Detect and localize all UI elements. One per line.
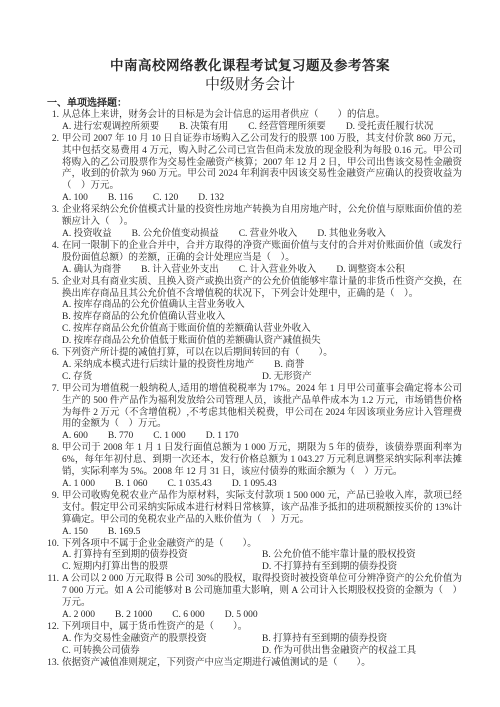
option: A. 150 <box>62 527 88 539</box>
question-body: 从总体上来讲，财务会计的目标是为会计信息的运用者供应（ ）的信息。A. 进行宏观… <box>62 110 462 134</box>
option: D. 5 000 <box>225 610 258 622</box>
option-row: A. 进行宏观调控所须要B. 决策有用C. 经营管理所须要D. 受托责任履行状况 <box>62 122 462 134</box>
question-item: 7.甲公司为增值税一般纳税人,适用的增值税税率为 17%。2024 年 1 月甲… <box>47 384 462 444</box>
option-row: C. 按库存商品公允价值高于账面价值的差额确认营业外收入 <box>62 324 462 336</box>
option: C. 存货 <box>62 372 242 384</box>
option: B. 按库存商品的公允价值确认营业收入 <box>62 312 225 324</box>
option-row: D. 按库存商品公允价值低于账面价值的差额确认资产减值损失 <box>62 336 462 348</box>
question-text: 企业对具有商业实质、且换入资产或换出资产的公允价值能够牢靠计量的非货币性资产交换… <box>62 277 462 301</box>
option: B. 商誉 <box>274 360 304 372</box>
question-item: 13.依据资产减值准则规定，下列资产中应当定期进行减值测试的是（ ）。 <box>47 658 462 670</box>
question-item: 10.下列各项中不属于企业金融资产的是（ ）。A. 打算持有至到期的债券投资B.… <box>47 539 462 575</box>
option: D. 受托责任履行状况 <box>346 122 434 134</box>
option: B. 2 1000 <box>115 610 152 622</box>
question-body: 甲公司收购免税农业产品作为原材料，实际支付款项 1 500 000 元，产品已验… <box>62 491 462 539</box>
option: D. 无形资产 <box>262 372 312 384</box>
option-row: A. 打算持有至到期的债券投资B. 公允价值不能牢靠计量的股权投资 <box>62 550 462 562</box>
question-item: 9.甲公司收购免税农业产品作为原材料，实际支付款项 1 500 000 元，产品… <box>47 491 462 539</box>
option: A. 2 000 <box>62 610 95 622</box>
option: A. 按库存商品的公允价值确认主营业务收入 <box>62 300 245 312</box>
question-text: 甲公司 2007 年 10 月 10 日自证券市场购入乙公司发行的股票 100 … <box>62 134 462 194</box>
option: B. 决策有用 <box>179 122 228 134</box>
option-row: A. 150B. 169.5 <box>62 527 462 539</box>
option: D. 作为可供出售金融资产的权益工具 <box>262 646 416 658</box>
question-text: A 公司以 2 000 万元取得 B 公司 30%的股权，取得投资时被投资单位可… <box>62 574 462 610</box>
option-row: A. 2 000B. 2 1000C. 6 000D. 5 000 <box>62 610 462 622</box>
option-row: B. 按库存商品的公允价值确认营业收入 <box>62 312 462 324</box>
option: A. 作为交易性金融资产的股票投资 <box>62 634 242 646</box>
option: A. 打算持有至到期的债券投资 <box>62 550 242 562</box>
question-number: 10. <box>47 539 62 575</box>
option: B. 116 <box>108 193 133 205</box>
question-item: 8.甲公司于 2008 年 1 月 1 日发行面值总额为 1 000 万元，期限… <box>47 443 462 491</box>
question-list: 1.从总体上来讲，财务会计的目标是为会计信息的运用者供应（ ）的信息。A. 进行… <box>47 110 462 670</box>
question-body: 企业将采纳公允价值模式计量的投资性房地产转换为自用房地产时，公允价值与原账面价值… <box>62 205 462 241</box>
question-text: 依据资产减值准则规定，下列资产中应当定期进行减值测试的是（ ）。 <box>62 658 462 670</box>
option: B. 计入营业外支出 <box>141 265 219 277</box>
question-text: 下列各项中不属于企业金融资产的是（ ）。 <box>62 539 462 551</box>
question-text: 甲公司收购免税农业产品作为原材料，实际支付款项 1 500 000 元，产品已验… <box>62 491 462 527</box>
question-item: 2.甲公司 2007 年 10 月 10 日自证券市场购入乙公司发行的股票 10… <box>47 134 462 205</box>
question-number: 2. <box>47 134 62 205</box>
option: C. 1 000 <box>153 431 185 443</box>
option: C. 6 000 <box>172 610 204 622</box>
question-text: 下列项目中，属于货币性资产的是（ ）。 <box>62 622 462 634</box>
question-body: 在同一限制下的企业合并中，合并方取得的净资产账面价值与支付的合并对价账面价值（或… <box>62 241 462 277</box>
option: D. 1 170 <box>206 431 239 443</box>
option: B. 打算持有至到期的债券投资 <box>262 634 387 646</box>
option: C. 按库存商品公允价值高于账面价值的差额确认营业外收入 <box>62 324 311 336</box>
option-row: A. 按库存商品的公允价值确认主营业务收入 <box>62 300 462 312</box>
question-item: 5.企业对具有商业实质、且换入资产或换出资产的公允价值能够牢靠计量的非货币性资产… <box>47 277 462 348</box>
option: A. 1 000 <box>62 479 95 491</box>
option: D. 132 <box>198 193 224 205</box>
option-row: C. 短期内打算出售的股票D. 不打算持有至到期的债券投资 <box>62 562 462 574</box>
option: D. 按库存商品公允价值低于账面价值的差额确认资产减值损失 <box>62 336 321 348</box>
question-number: 5. <box>47 277 62 348</box>
question-body: 甲公司于 2008 年 1 月 1 日发行面值总额为 1 000 万元，期限为 … <box>62 443 462 491</box>
page-subtitle: 中级财务会计 <box>0 76 500 95</box>
option-row: A. 采纳成本模式进行后续计量的投资性房地产B. 商誉 <box>62 360 462 372</box>
option: B. 169.5 <box>108 527 140 539</box>
option: D. 1 095.43 <box>232 479 277 491</box>
option: C. 可转换公司债券 <box>62 646 242 658</box>
option: A. 采纳成本模式进行后续计量的投资性房地产 <box>62 360 254 372</box>
question-number: 12. <box>47 622 62 658</box>
question-text: 甲公司为增值税一般纳税人,适用的增值税税率为 17%。2024 年 1 月甲公司… <box>62 384 462 432</box>
question-item: 1.从总体上来讲，财务会计的目标是为会计信息的运用者供应（ ）的信息。A. 进行… <box>47 110 462 134</box>
question-text: 甲公司于 2008 年 1 月 1 日发行面值总额为 1 000 万元，期限为 … <box>62 443 462 479</box>
question-body: 下列项目中，属于货币性资产的是（ ）。A. 作为交易性金融资产的股票投资B. 打… <box>62 622 462 658</box>
question-number: 4. <box>47 241 62 277</box>
option: D. 其他业务收入 <box>317 229 386 241</box>
option: B. 公允价值变动损益 <box>132 229 219 241</box>
section-heading: 一、单项选择题： <box>47 98 462 110</box>
question-item: 12.下列项目中，属于货币性资产的是（ ）。A. 作为交易性金融资产的股票投资B… <box>47 622 462 658</box>
question-text: 企业将采纳公允价值模式计量的投资性房地产转换为自用房地产时，公允价值与原账面价值… <box>62 205 462 229</box>
option-row: A. 作为交易性金融资产的股票投资B. 打算持有至到期的债券投资 <box>62 634 462 646</box>
option: D. 调整资本公积 <box>336 265 405 277</box>
option-row: A. 确认为商誉B. 计入营业外支出C. 计入营业外收入D. 调整资本公积 <box>62 265 462 277</box>
page-title: 中南高校网络教化课程考试复习题及参考答案 <box>0 58 500 74</box>
question-item: 4.在同一限制下的企业合并中，合并方取得的净资产账面价值与支付的合并对价账面价值… <box>47 241 462 277</box>
option: C. 计入营业外收入 <box>239 265 317 277</box>
question-body: 甲公司 2007 年 10 月 10 日自证券市场购入乙公司发行的股票 100 … <box>62 134 462 205</box>
exam-page: 中南高校网络教化课程考试复习题及参考答案 中级财务会计 一、单项选择题： 1.从… <box>0 0 500 707</box>
question-number: 11. <box>47 574 62 622</box>
option: B. 公允价值不能牢靠计量的股权投资 <box>262 550 416 562</box>
question-number: 3. <box>47 205 62 241</box>
question-item: 6.下列资产所计提的减值打算，可以在以后期间转回的有（ ）。A. 采纳成本模式进… <box>47 348 462 384</box>
question-number: 6. <box>47 348 62 384</box>
option: B. 1 060 <box>115 479 147 491</box>
option: A. 投资收益 <box>62 229 112 241</box>
option: C. 短期内打算出售的股票 <box>62 562 242 574</box>
question-body: A 公司以 2 000 万元取得 B 公司 30%的股权，取得投资时被投资单位可… <box>62 574 462 622</box>
option: A. 进行宏观调控所须要 <box>62 122 159 134</box>
option-row: A. 100B. 116C. 120D. 132 <box>62 193 462 205</box>
question-text: 从总体上来讲，财务会计的目标是为会计信息的运用者供应（ ）的信息。 <box>62 110 462 122</box>
option: A. 600 <box>62 431 88 443</box>
question-number: 7. <box>47 384 62 444</box>
question-body: 依据资产减值准则规定，下列资产中应当定期进行减值测试的是（ ）。 <box>62 658 462 670</box>
question-number: 8. <box>47 443 62 491</box>
question-number: 13. <box>47 658 62 670</box>
option: B. 770 <box>108 431 133 443</box>
option: A. 确认为商誉 <box>62 265 121 277</box>
option-row: A. 600B. 770C. 1 000D. 1 170 <box>62 431 462 443</box>
question-item: 11.A 公司以 2 000 万元取得 B 公司 30%的股权，取得投资时被投资… <box>47 574 462 622</box>
question-body: 甲公司为增值税一般纳税人,适用的增值税税率为 17%。2024 年 1 月甲公司… <box>62 384 462 444</box>
option: C. 120 <box>153 193 178 205</box>
question-body: 企业对具有商业实质、且换入资产或换出资产的公允价值能够牢靠计量的非货币性资产交换… <box>62 277 462 348</box>
question-body: 下列各项中不属于企业金融资产的是（ ）。A. 打算持有至到期的债券投资B. 公允… <box>62 539 462 575</box>
question-number: 9. <box>47 491 62 539</box>
option: A. 100 <box>62 193 88 205</box>
option: C. 1 035.43 <box>167 479 211 491</box>
exam-content: 一、单项选择题： 1.从总体上来讲，财务会计的目标是为会计信息的运用者供应（ ）… <box>47 98 462 670</box>
option: C. 营业外收入 <box>239 229 298 241</box>
question-text: 下列资产所计提的减值打算，可以在以后期间转回的有（ ）。 <box>62 348 462 360</box>
question-text: 在同一限制下的企业合并中，合并方取得的净资产账面价值与支付的合并对价账面价值（或… <box>62 241 462 265</box>
option-row: C. 可转换公司债券D. 作为可供出售金融资产的权益工具 <box>62 646 462 658</box>
question-body: 下列资产所计提的减值打算，可以在以后期间转回的有（ ）。A. 采纳成本模式进行后… <box>62 348 462 384</box>
option: D. 不打算持有至到期的债券投资 <box>262 562 397 574</box>
question-number: 1. <box>47 110 62 134</box>
option-row: C. 存货D. 无形资产 <box>62 372 462 384</box>
option-row: A. 投资收益B. 公允价值变动损益C. 营业外收入D. 其他业务收入 <box>62 229 462 241</box>
option: C. 经营管理所须要 <box>248 122 326 134</box>
option-row: A. 1 000B. 1 060C. 1 035.43D. 1 095.43 <box>62 479 462 491</box>
question-item: 3.企业将采纳公允价值模式计量的投资性房地产转换为自用房地产时，公允价值与原账面… <box>47 205 462 241</box>
